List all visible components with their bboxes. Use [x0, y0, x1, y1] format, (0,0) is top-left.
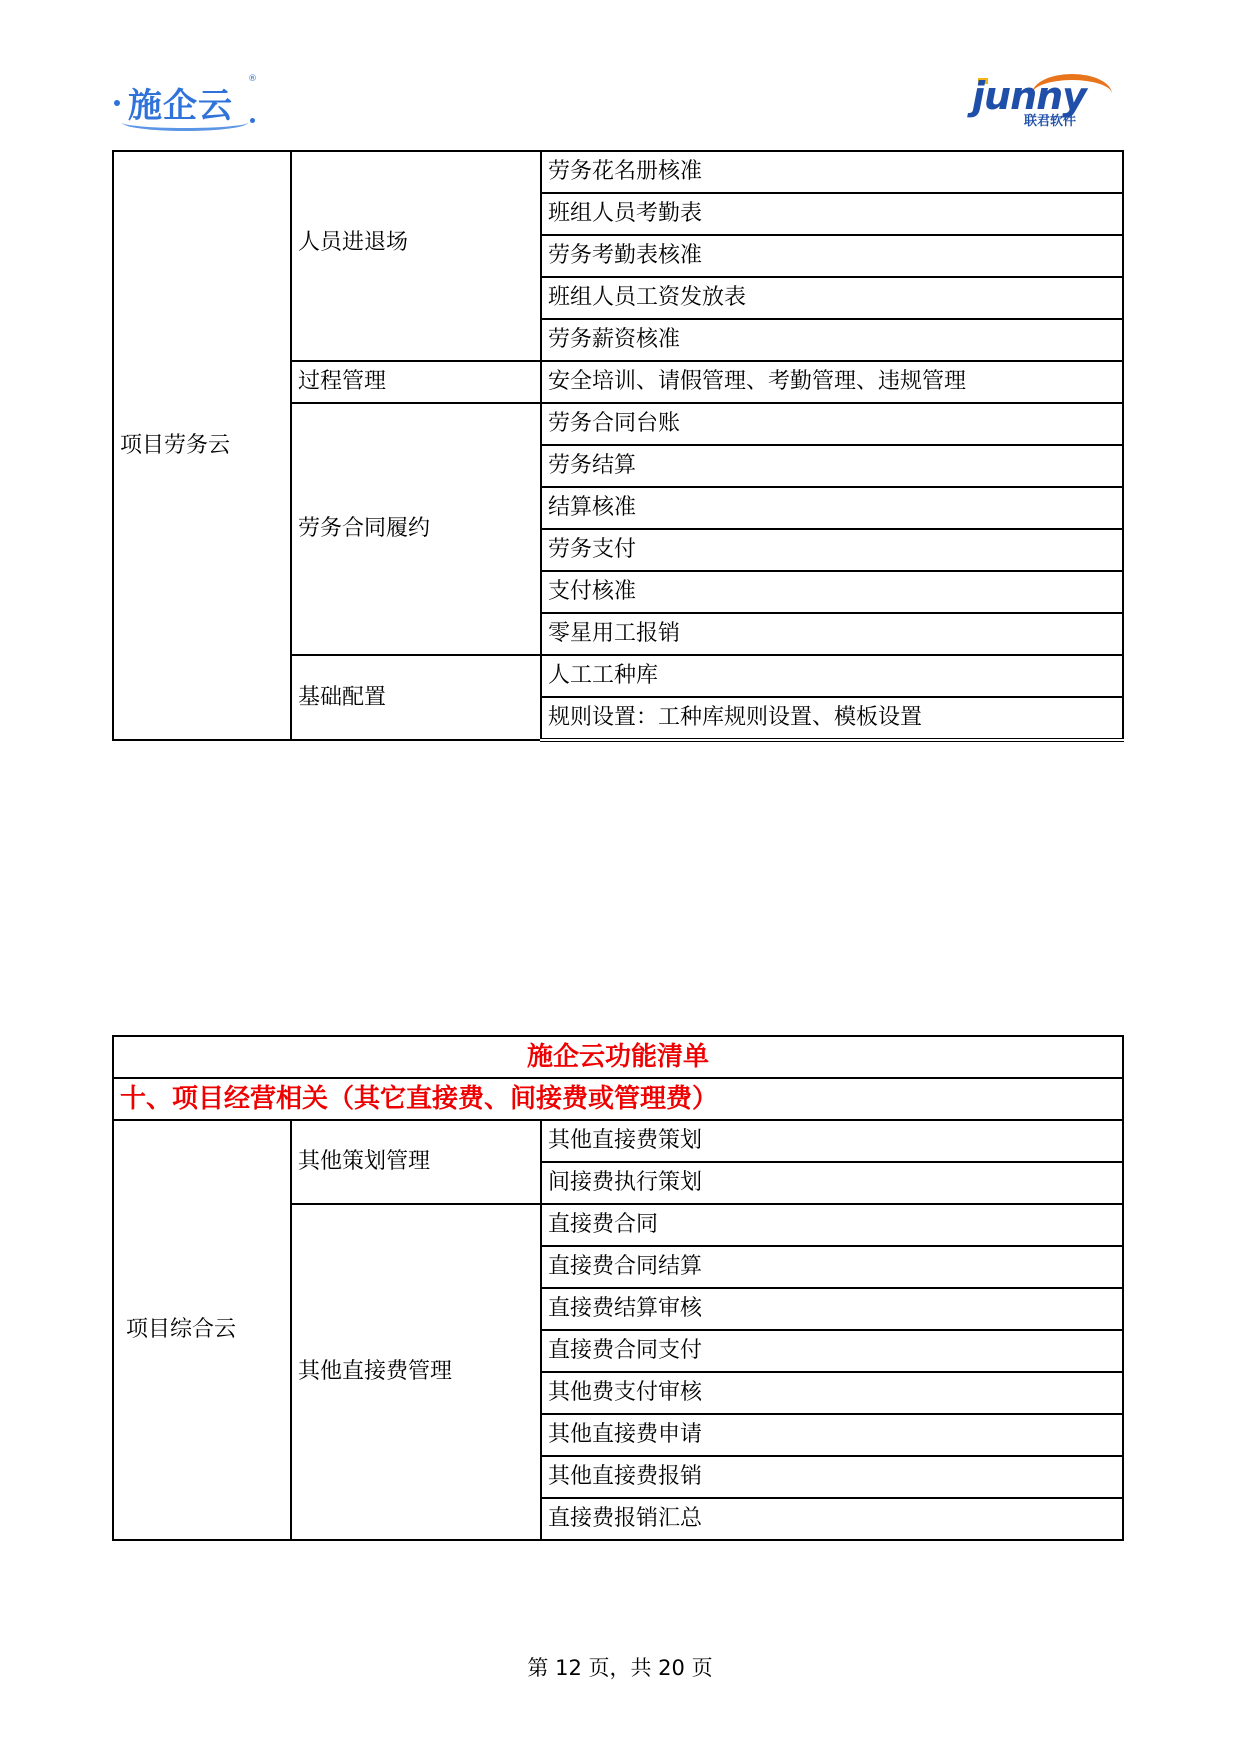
item-cell: 人工工种库: [541, 655, 1123, 697]
item-cell: 零星用工报销: [541, 613, 1123, 655]
logo-dot-icon: [250, 118, 255, 123]
module-cell: 项目综合云: [113, 1120, 291, 1540]
item-cell: 其他直接费报销: [541, 1456, 1123, 1498]
item-cell: 劳务结算: [541, 445, 1123, 487]
item-cell: 间接费执行策划: [541, 1162, 1123, 1204]
item-cell: 劳务花名册核准: [541, 151, 1123, 193]
item-cell: 直接费结算审核: [541, 1288, 1123, 1330]
item-cell: 安全培训、请假管理、考勤管理、违规管理: [541, 361, 1123, 403]
junny-logo: junny 联君软件: [970, 72, 1130, 132]
group-cell: 基础配置: [291, 655, 541, 740]
item-cell: 直接费合同支付: [541, 1330, 1123, 1372]
logo-dot-icon: [114, 100, 120, 106]
shiqiyun-logo: 施企云 ®: [110, 74, 250, 134]
table-title-row: 施企云功能清单: [113, 1036, 1123, 1078]
item-cell: 劳务薪资核准: [541, 319, 1123, 361]
table-row: 项目综合云 其他策划管理 其他直接费策划: [113, 1120, 1123, 1162]
item-cell: 劳务合同台账: [541, 403, 1123, 445]
section-heading-row: 十、项目经营相关（其它直接费、间接费或管理费）: [113, 1078, 1123, 1120]
group-cell: 劳务合同履约: [291, 403, 541, 655]
group-cell: 人员进退场: [291, 151, 541, 361]
group-cell: 其他策划管理: [291, 1120, 541, 1204]
group-cell: 其他直接费管理: [291, 1204, 541, 1540]
item-cell: 劳务支付: [541, 529, 1123, 571]
logo-swoosh-icon: [122, 114, 248, 131]
comprehensive-cloud-table: 施企云功能清单 十、项目经营相关（其它直接费、间接费或管理费） 项目综合云 其他…: [112, 1035, 1124, 1541]
section-heading: 十、项目经营相关（其它直接费、间接费或管理费）: [113, 1078, 1123, 1120]
item-cell: 结算核准: [541, 487, 1123, 529]
item-cell: 班组人员考勤表: [541, 193, 1123, 235]
item-cell: 劳务考勤表核准: [541, 235, 1123, 277]
registered-mark: ®: [248, 74, 257, 84]
item-cell: 规则设置：工种库规则设置、模板设置: [541, 697, 1123, 740]
item-cell: 其他费支付审核: [541, 1372, 1123, 1414]
item-cell: 其他直接费策划: [541, 1120, 1123, 1162]
item-cell: 其他直接费申请: [541, 1414, 1123, 1456]
item-cell: 班组人员工资发放表: [541, 277, 1123, 319]
labor-cloud-table: 项目劳务云 人员进退场 劳务花名册核准 班组人员考勤表 劳务考勤表核准 班组人员…: [112, 150, 1124, 742]
module-cell: 项目劳务云: [113, 151, 291, 740]
item-cell: 直接费合同: [541, 1204, 1123, 1246]
item-cell: 支付核准: [541, 571, 1123, 613]
item-cell: 直接费合同结算: [541, 1246, 1123, 1288]
page-number: 第 12 页，共 20 页: [0, 1652, 1240, 1682]
table-row: 项目劳务云 人员进退场 劳务花名册核准: [113, 151, 1123, 193]
logo-right-subtitle: 联君软件: [1024, 110, 1076, 129]
group-cell: 过程管理: [291, 361, 541, 403]
table-title: 施企云功能清单: [113, 1036, 1123, 1078]
item-cell: 直接费报销汇总: [541, 1498, 1123, 1540]
